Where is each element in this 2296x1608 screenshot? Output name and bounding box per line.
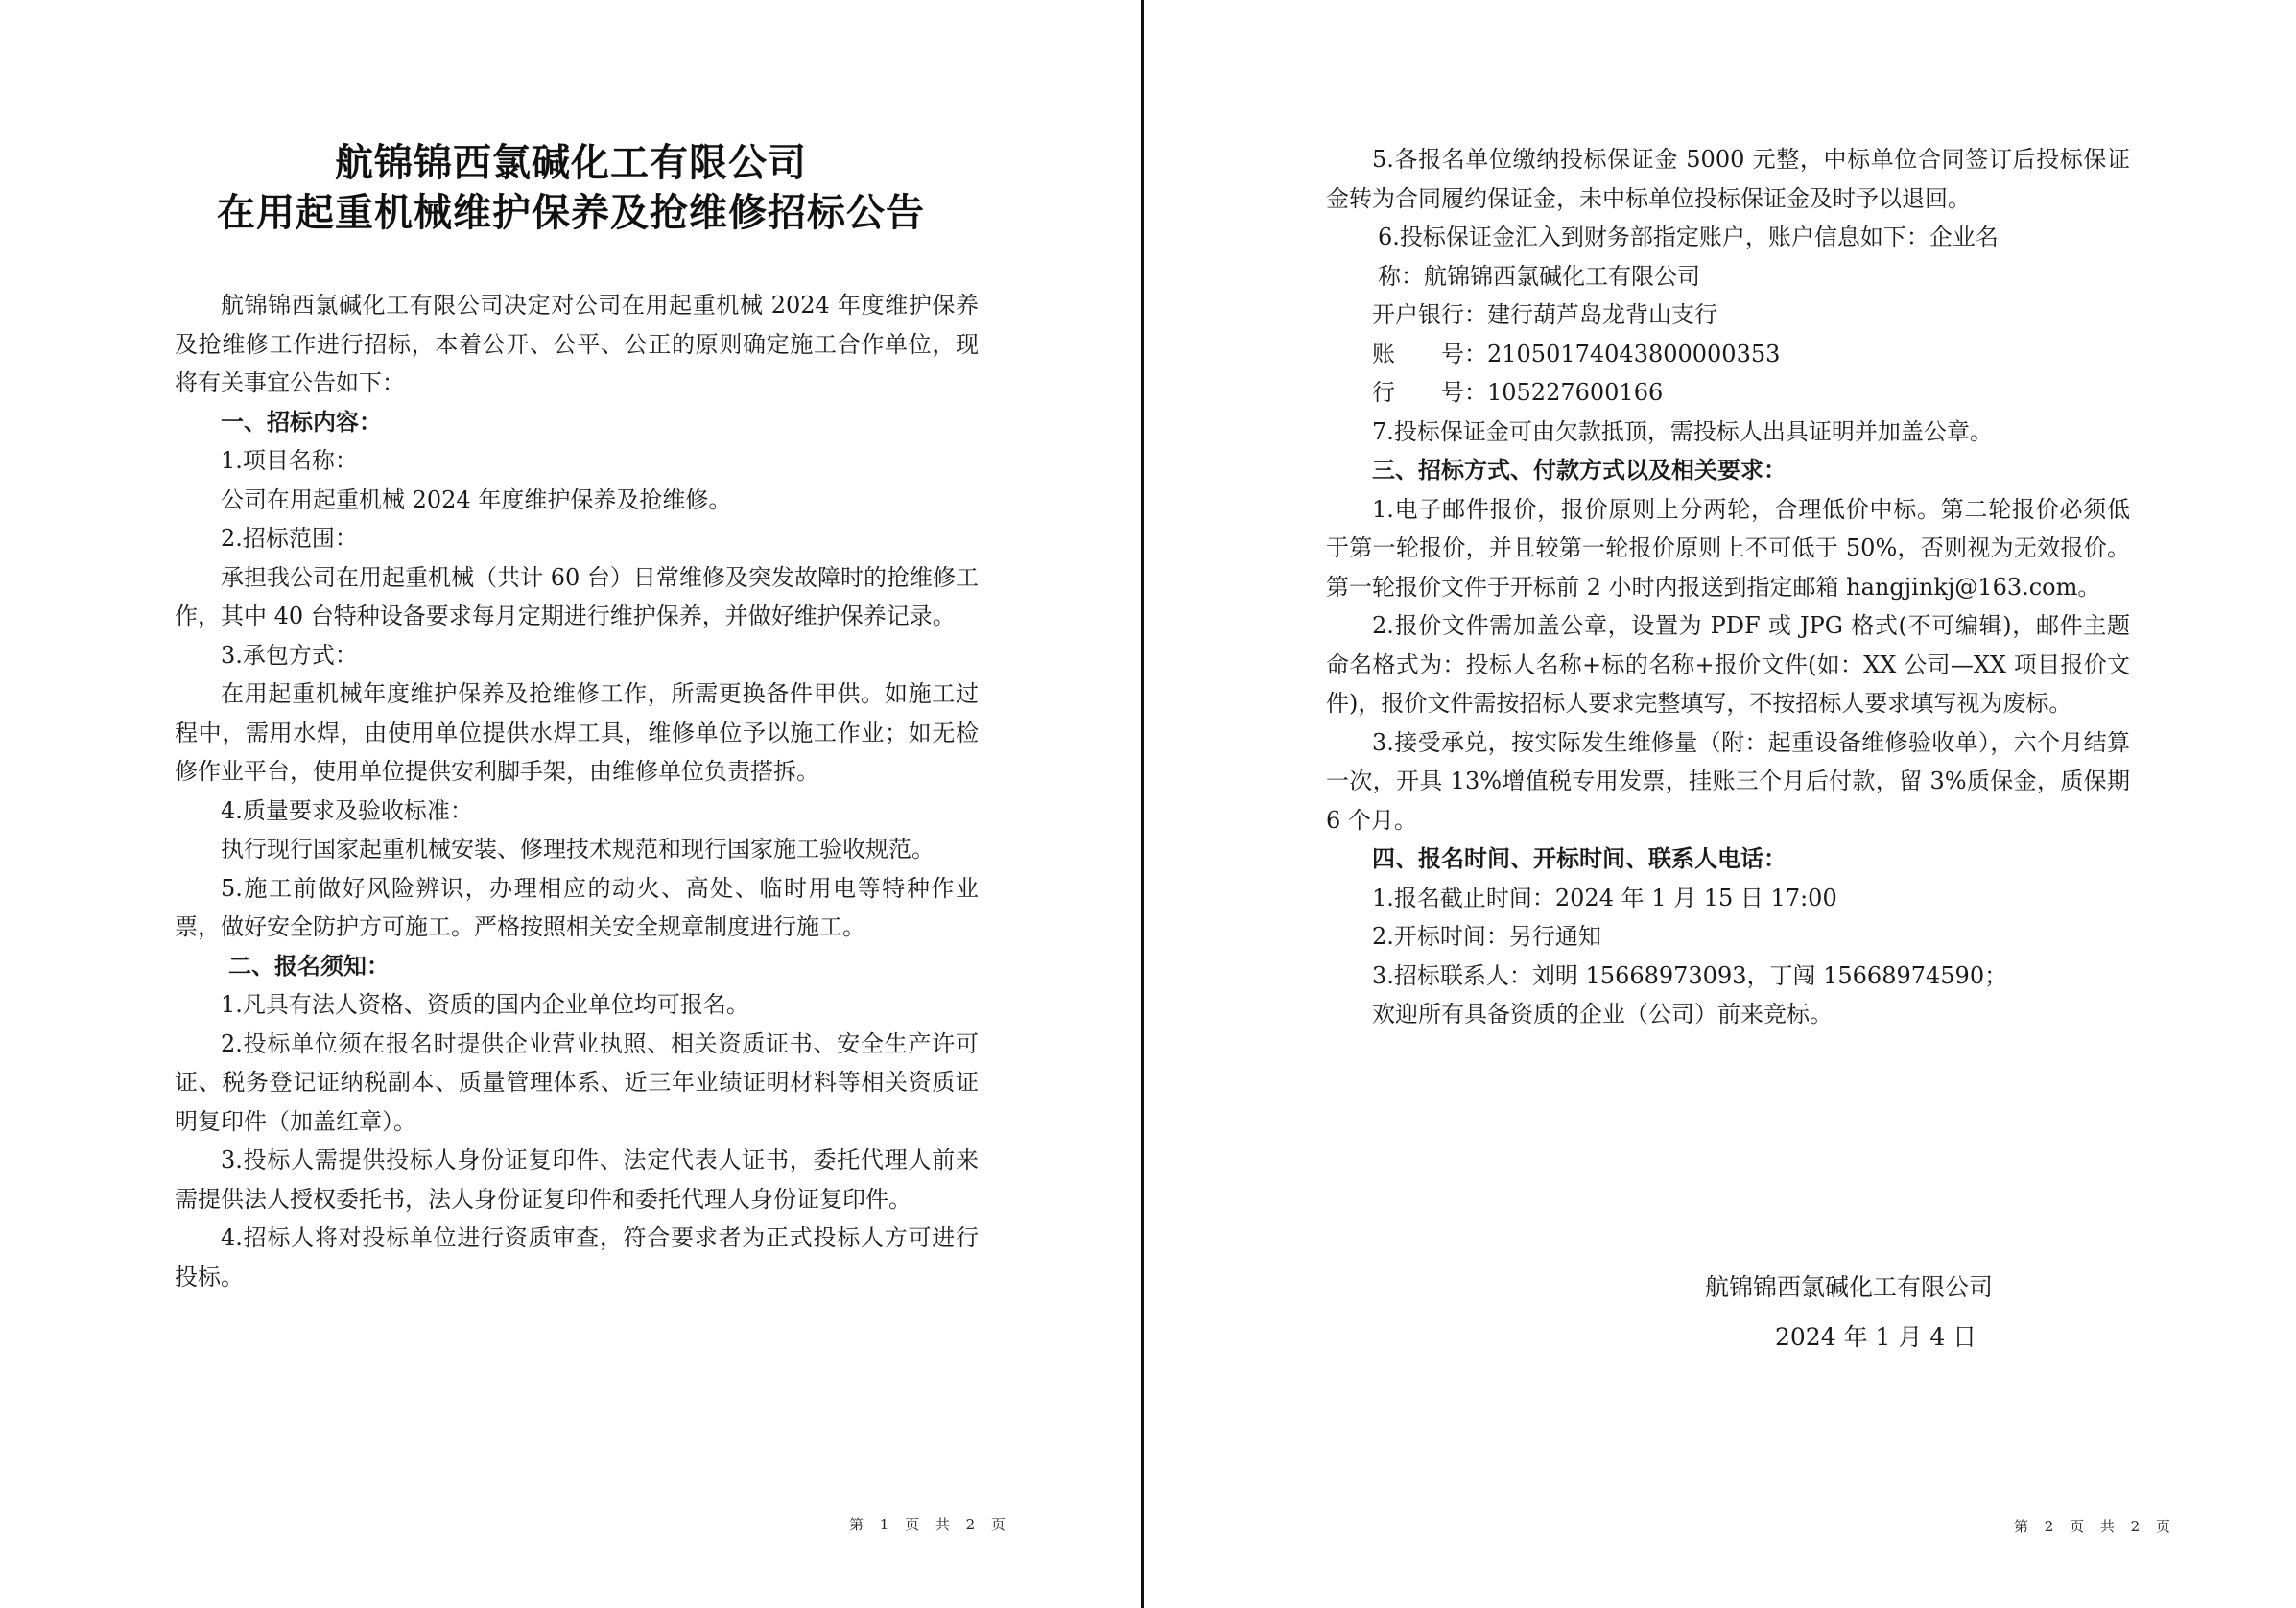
section-heading-4: 四、报名时间、开标时间、联系人电话：: [1326, 839, 2130, 879]
document-page-2: 5.各报名单位缴纳投标保证金 5000 元整，中标单位合同签订后投标保证金转为合…: [1145, 0, 2296, 1608]
document-page-1: 航锦锦西氯碱化工有限公司 在用起重机械维护保养及抢维修招标公告 航锦锦西氯碱化工…: [0, 0, 1142, 1608]
list-item: 4.招标人将对投标单位进行资质审查，符合要求者为正式投标人方可进行投标。: [175, 1218, 979, 1296]
item-text: 承担我公司在用起重机械（共计 60 台）日常维修及突发故障时的抢维修工作，其中 …: [175, 558, 979, 636]
item-label: 1.项目名称：: [175, 441, 979, 481]
item-text: 执行现行国家起重机械安装、修理技术规范和现行国家施工验收规范。: [175, 830, 979, 869]
list-item: 6.投标保证金汇入到财务部指定账户，账户信息如下：企业名: [1326, 218, 2130, 257]
list-item: 1.凡具有法人资格、资质的国内企业单位均可报名。: [175, 985, 979, 1025]
signature-date: 2024 年 1 月 4 日: [1775, 1318, 1976, 1353]
list-item: 称：航锦锦西氯碱化工有限公司: [1326, 257, 2130, 296]
list-item: 3.接受承兑，按实际发生维修量（附：起重设备维修验收单），六个月结算一次，开具 …: [1326, 723, 2130, 840]
section-heading-1: 一、招标内容：: [175, 403, 979, 442]
bank-code: 行 号：105227600166: [1326, 373, 2130, 413]
list-item: 1.报名截止时间：2024 年 1 月 15 日 17:00: [1326, 879, 2130, 918]
page-number: 第 2 页 共 2 页: [2014, 1516, 2176, 1536]
closing-text: 欢迎所有具备资质的企业（公司）前来竞标。: [1326, 995, 2130, 1034]
item-label: 4.质量要求及验收标准：: [175, 792, 979, 831]
signature-company: 航锦锦西氯碱化工有限公司: [1705, 1268, 1993, 1303]
list-item: 5.各报名单位缴纳投标保证金 5000 元整，中标单位合同签订后投标保证金转为合…: [1326, 140, 2130, 218]
section-heading-3: 三、招标方式、付款方式以及相关要求：: [1326, 451, 2130, 490]
title-company: 航锦锦西氯碱化工有限公司: [0, 132, 1142, 187]
list-item: 2.开标时间：另行通知: [1326, 917, 2130, 957]
list-item: 2.投标单位须在报名时提供企业营业执照、相关资质证书、安全生产许可证、税务登记证…: [175, 1025, 979, 1142]
intro-paragraph: 航锦锦西氯碱化工有限公司决定对公司在用起重机械 2024 年度维护保养及抢维修工…: [175, 286, 979, 403]
page-divider: [1141, 0, 1144, 1608]
item-label: 3.承包方式：: [175, 636, 979, 675]
title-announcement: 在用起重机械维护保养及抢维修招标公告: [0, 182, 1142, 237]
list-item: 2.报价文件需加盖公章，设置为 PDF 或 JPG 格式(不可编辑)，邮件主题命…: [1326, 606, 2130, 723]
item-text: 5.施工前做好风险辨识，办理相应的动火、高处、临时用电等特种作业票，做好安全防护…: [175, 869, 979, 947]
list-item: 3.招标联系人：刘明 15668973093，丁闯 15668974590；: [1326, 957, 2130, 996]
page2-body: 5.各报名单位缴纳投标保证金 5000 元整，中标单位合同签订后投标保证金转为合…: [1326, 140, 2130, 1034]
page1-body: 航锦锦西氯碱化工有限公司决定对公司在用起重机械 2024 年度维护保养及抢维修工…: [175, 286, 979, 1296]
item-label: 2.招标范围：: [175, 519, 979, 558]
item-text: 在用起重机械年度维护保养及抢维修工作，所需更换备件甲供。如施工过程中，需用水焊，…: [175, 674, 979, 792]
bank-name: 开户银行：建行葫芦岛龙背山支行: [1326, 296, 2130, 335]
list-item: 7.投标保证金可由欠款抵顶，需投标人出具证明并加盖公章。: [1326, 413, 2130, 452]
page-number: 第 1 页 共 2 页: [849, 1514, 1011, 1534]
account-number: 账 号：21050174043800000353: [1326, 335, 2130, 374]
list-item: 1.电子邮件报价，报价原则上分两轮，合理低价中标。第二轮报价必须低于第一轮报价，…: [1326, 490, 2130, 607]
section-heading-2: 二、报名须知：: [175, 947, 979, 986]
item-text: 公司在用起重机械 2024 年度维护保养及抢维修。: [175, 481, 979, 520]
list-item: 3.投标人需提供投标人身份证复印件、法定代表人证书，委托代理人前来需提供法人授权…: [175, 1141, 979, 1218]
